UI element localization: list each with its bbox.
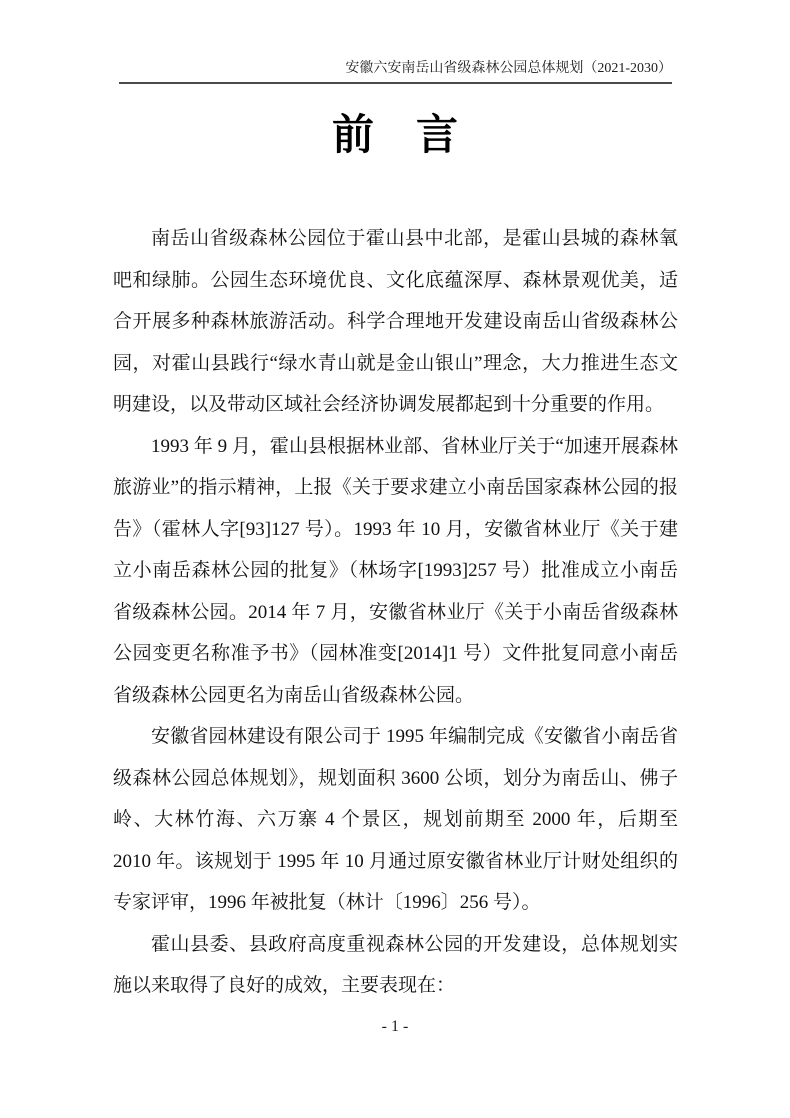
paragraph-plan-1995: 安徽省园林建设有限公司于 1995 年编制完成《安徽省小南岳省级森林公园总体规划… <box>113 716 678 924</box>
document-body: 南岳山省级森林公园位于霍山县中北部，是霍山县城的森林氧吧和绿肺。公园生态环境优良… <box>113 218 678 1007</box>
running-header: 安徽六安南岳山省级森林公园总体规划（2021-2030） <box>119 60 672 84</box>
document-page: 安徽六安南岳山省级森林公园总体规划（2021-2030） 前 言 南岳山省级森林… <box>0 0 790 1118</box>
paragraph-history-1993: 1993 年 9 月，霍山县根据林业部、省林业厅关于“加速开展森林旅游业”的指示… <box>113 426 678 717</box>
page-number: - 1 - <box>0 1016 790 1038</box>
page-title: 前 言 <box>0 106 790 166</box>
paragraph-intro: 南岳山省级森林公园位于霍山县中北部，是霍山县城的森林氧吧和绿肺。公园生态环境优良… <box>113 218 678 426</box>
paragraph-achievements: 霍山县委、县政府高度重视森林公园的开发建设，总体规划实施以来取得了良好的成效，主… <box>113 924 678 1007</box>
